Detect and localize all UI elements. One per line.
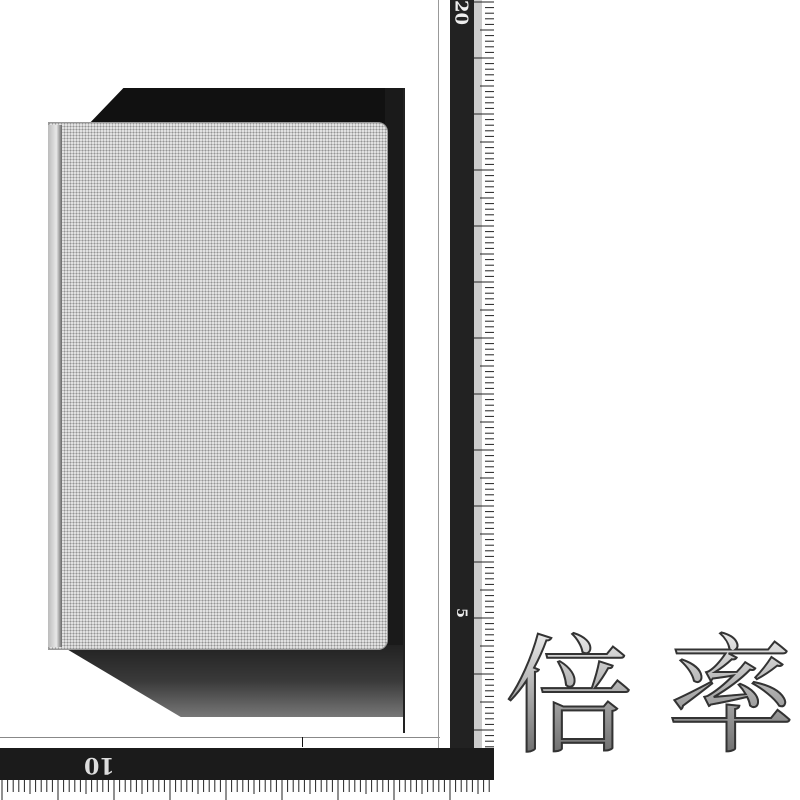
- photo-scene: 20 5 10 倍 率: [0, 0, 800, 800]
- ruler-horizontal-number: 10: [84, 752, 115, 778]
- magnification-caption: 倍 率: [505, 628, 795, 768]
- ruler-number-top: 20: [451, 0, 472, 26]
- frame-line-vertical: [403, 88, 405, 733]
- ruler-vertical-ticks: [474, 0, 494, 790]
- ruler-horizontal-ticks: [0, 780, 494, 800]
- ruler-edge-line: [438, 0, 439, 790]
- caption-char-2: 率: [667, 634, 795, 762]
- book-cover: [48, 122, 388, 650]
- book-shadow-right: [385, 88, 405, 648]
- book-spine: [48, 125, 62, 647]
- frame-tick: [302, 737, 303, 747]
- caption-char-1: 倍: [505, 634, 633, 762]
- book-shadow-bottom: [60, 645, 405, 717]
- ruler-number-lower: 5: [453, 600, 469, 626]
- frame-line-horizontal: [0, 737, 440, 738]
- ruler-vertical-numbers: 20 5: [448, 0, 474, 790]
